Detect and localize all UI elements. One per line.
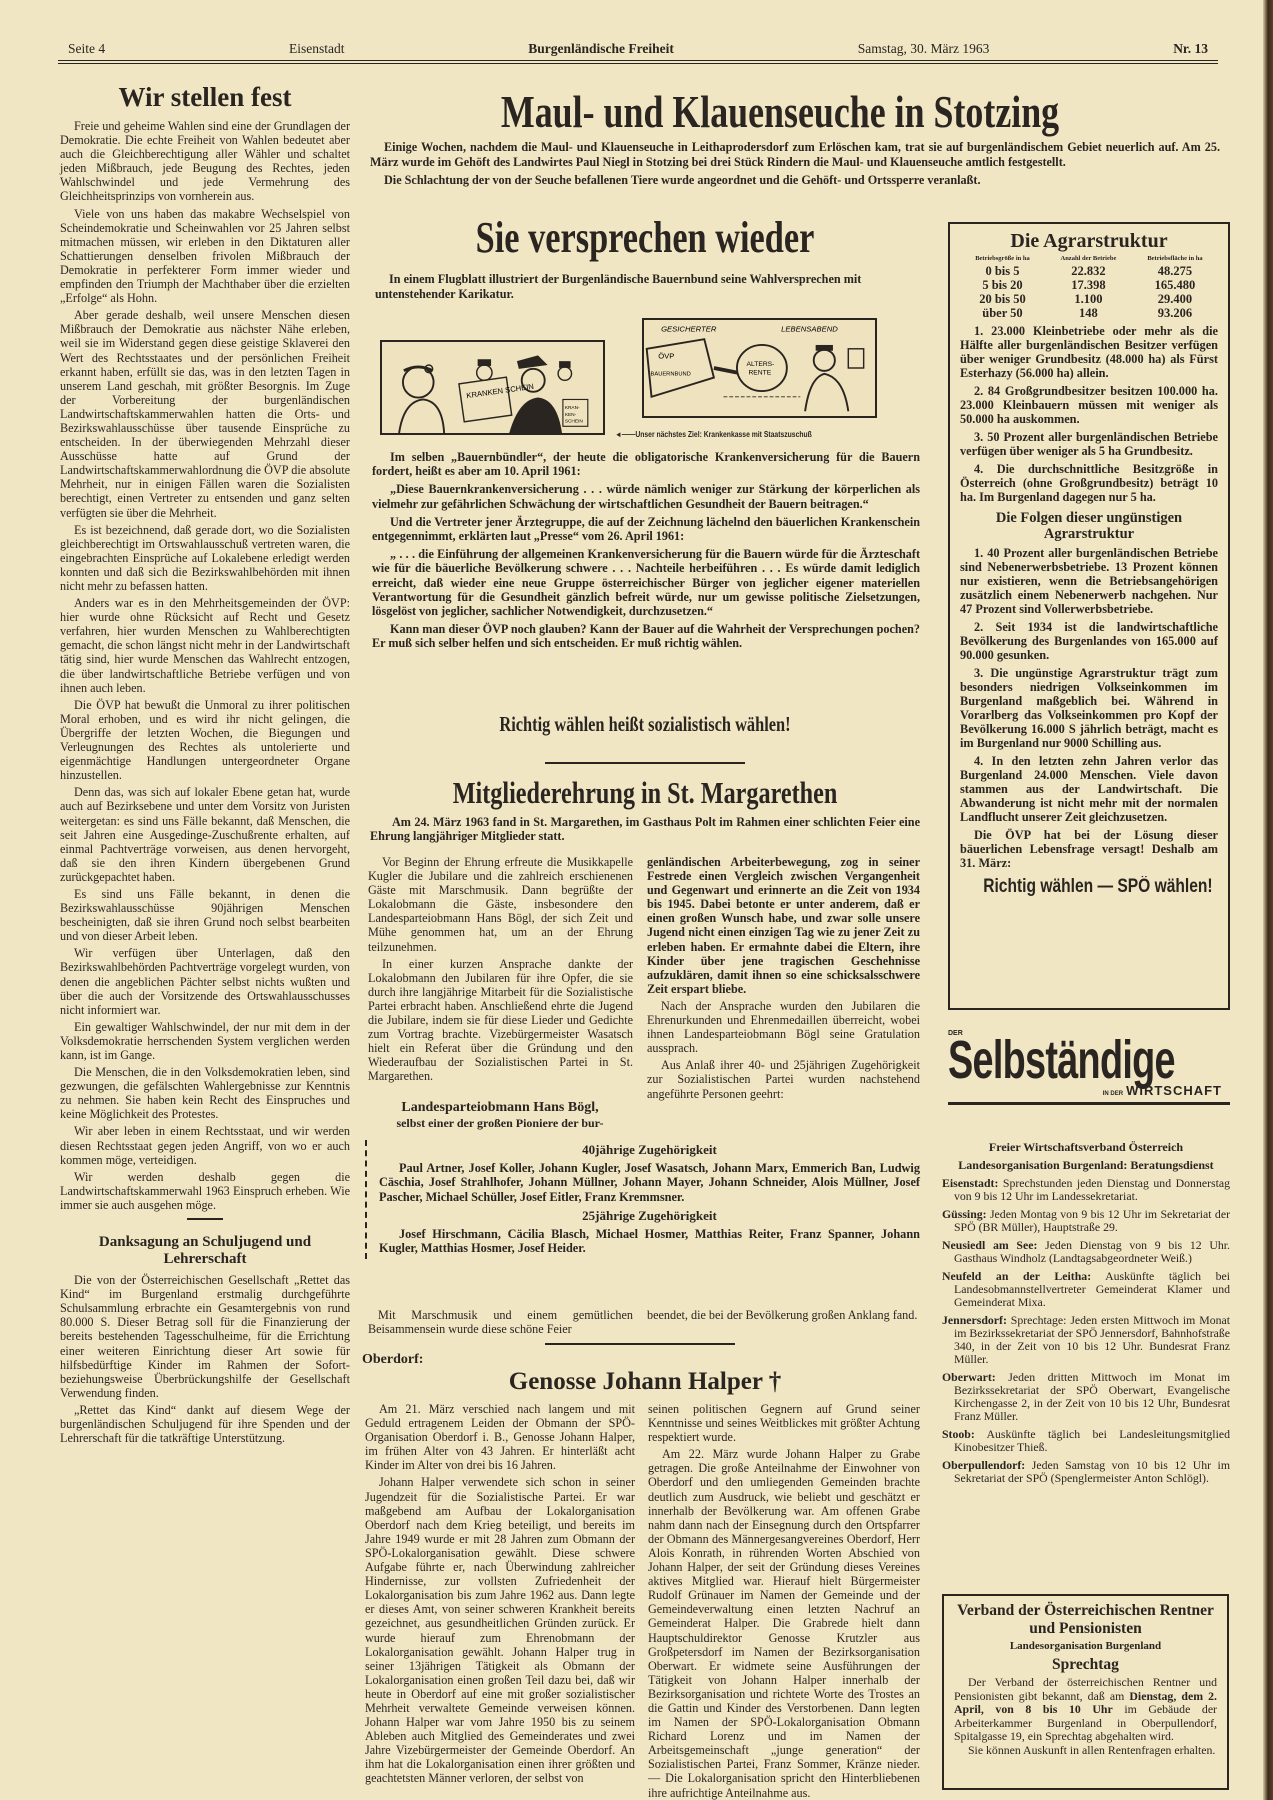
agrar-title: Die Agrarstruktur — [960, 230, 1218, 253]
paragraph: „ . . . die Einführung der allgemeinen K… — [372, 547, 920, 618]
rentner-heading: Sprechtag — [954, 1656, 1217, 1674]
paragraph: Johann Halper verwendete sich schon in s… — [365, 1475, 635, 1785]
list-item: Eisenstadt: Sprechstunden jeden Dienstag… — [942, 1177, 1230, 1203]
svg-text:KEN-: KEN- — [565, 412, 577, 418]
paragraph: Die ÖVP hat bewußt die Unmoral zu ihrer … — [60, 698, 350, 783]
svg-text:LEBENSABEND: LEBENSABEND — [781, 325, 838, 334]
article-title: Wir stellen fest — [60, 82, 350, 113]
table-row: 5 bis 20 17.398 165.480 — [960, 278, 1218, 292]
paragraph: Vor Beginn der Ehrung erfreute die Musik… — [368, 855, 633, 954]
cell: 48.275 — [1132, 264, 1218, 278]
paragraph: Wir werden deshalb gegen die Landwirtsch… — [60, 1170, 350, 1212]
caption-text: Unser nächstes Ziel: Krankenkasse mit St… — [635, 430, 811, 439]
point: 4. Die durchschnittliche Besitzgröße in … — [960, 462, 1218, 504]
arrow-left-icon: ◄—— — [615, 430, 635, 439]
paragraph: Kann man dieser ÖVP noch glauben? Kann d… — [372, 622, 920, 650]
paragraph: seinen politischen Gegnern auf Grund sei… — [648, 1402, 920, 1444]
cell: 1.100 — [1045, 292, 1132, 306]
paragraph: Wir aber leben in einem Rechtsstaat, und… — [60, 1124, 350, 1166]
list-item: Oberpullendorf: Jeden Samstag von 10 bis… — [942, 1459, 1230, 1485]
table-row: 0 bis 5 22.832 48.275 — [960, 264, 1218, 278]
cell: 29.400 — [1132, 292, 1218, 306]
agrarstruktur-box: Die Agrarstruktur Betriebsgröße in ha An… — [948, 222, 1230, 1010]
cell: 148 — [1045, 306, 1132, 320]
svg-text:ÖVP: ÖVP — [658, 351, 674, 360]
logo-in-der: IN DER — [1103, 1091, 1123, 1097]
rentner-sub: Landesorganisation Burgenland — [954, 1640, 1217, 1652]
folgen-points: 1. 40 Prozent aller burgenländischen Bet… — [960, 546, 1218, 870]
selbstaendige-logo: DER Selbständige IN DERWIRTSCHAFT — [948, 1030, 1230, 1105]
agrar-points: 1. 23.000 Kleinbetriebe oder mehr als di… — [960, 324, 1218, 504]
cartoon-doctor-farmers-icon: KRANKEN SCHEIN KRAN- KEN- SCHEIN — [382, 342, 603, 433]
service-name: Landesorganisation Burgenland: Beratungs… — [942, 1158, 1230, 1172]
honour-25-list: Josef Hirschmann, Cäcilia Blasch, Michae… — [379, 1227, 920, 1256]
mitglieder-col1: Vor Beginn der Ehrung erfreute die Musik… — [368, 855, 633, 1087]
honours-box: 40jährige Zugehörigkeit Paul Artner, Jos… — [365, 1140, 920, 1259]
rentner-p2: Sie können Auskunft in allen Rentenfrage… — [954, 1744, 1217, 1758]
entry-text: Jeden Montag von 9 bis 12 Uhr im Sekreta… — [954, 1207, 1230, 1234]
halper-col2: seinen politischen Gegnern auf Grund sei… — [648, 1402, 920, 1800]
paper-name: Burgenländische Freiheit — [528, 41, 674, 57]
rentner-box: Verband der Österreichischen Rentner und… — [942, 1594, 1229, 1790]
article-wir-stellen-fest: Wir stellen fest Freie und geheime Wahle… — [60, 82, 350, 1448]
paragraph: „Rettet das Kind“ dankt auf diesem Wege … — [60, 1403, 350, 1445]
paragraph: Aus Anlaß ihrer 40- und 25jährigen Zugeh… — [647, 1058, 920, 1100]
rentner-p1: Der Verband der österreichischen Rentner… — [954, 1676, 1217, 1744]
mitglieder-lead: Am 24. März 1963 fand in St. Margarethen… — [370, 815, 920, 843]
entry-place: Neufeld an der Leitha: — [942, 1269, 1091, 1283]
versprechen-body: Im selben „Bauernbündler“, der heute die… — [372, 450, 920, 655]
honour-25-title: 25jährige Zugehörigkeit — [379, 1208, 920, 1224]
table-row: über 50 148 93.206 — [960, 306, 1218, 320]
halper-kicker: Oberdorf: — [362, 1352, 423, 1368]
paragraph: Denn das, was sich auf lokaler Ebene get… — [60, 785, 350, 884]
paragraph: Die Schlachtung der von der Seuche befal… — [370, 173, 1220, 188]
paragraph: In einer kurzen Ansprache dankte der Lok… — [368, 957, 633, 1084]
list-item: Jennersdorf: Sprechtage: Jeden ersten Mi… — [942, 1314, 1230, 1366]
point: 2. Seit 1934 ist die landwirtschaftliche… — [960, 620, 1218, 662]
point: Die ÖVP hat bei der Lösung dieser bäuerl… — [960, 828, 1218, 870]
masthead: Seite 4 Eisenstadt Burgenländische Freih… — [58, 38, 1218, 64]
entry-place: Jennersdorf: — [942, 1313, 1007, 1327]
point: 4. In den letzten zehn Jahren verlor das… — [960, 754, 1218, 824]
closing-left: Mit Marschmusik und einem gemütlichen Be… — [368, 1308, 633, 1336]
paragraph: Am 22. März wurde Johann Halper zu Grabe… — [648, 1447, 920, 1799]
cell: 20 bis 50 — [960, 292, 1045, 306]
list-item: Neufeld an der Leitha: Auskünfte täglich… — [942, 1270, 1230, 1309]
list-item: Stoob: Auskünfte täglich bei Landesleitu… — [942, 1428, 1230, 1454]
rentner-title: Verband der Österreichischen Rentner und… — [954, 1602, 1217, 1638]
folgen-title: Die Folgen dieser ungünstigen Agrarstruk… — [960, 510, 1218, 542]
paragraph: Im selben „Bauernbündler“, der heute die… — [372, 450, 920, 478]
danksagung-body: Die von der Österreichischen Gesellschaf… — [60, 1273, 350, 1445]
entry-place: Neusiedl am See: — [942, 1238, 1037, 1252]
agrar-table: Betriebsgröße in ha Anzahl der Betriebe … — [960, 255, 1218, 320]
list-item: Oberwart: Jeden dritten Mittwoch im Mona… — [942, 1371, 1230, 1423]
entry-text: Auskünfte täglich bei Landesleitungsmitg… — [954, 1427, 1230, 1454]
paragraph: Es ist bezeichnend, daß gerade dort, wo … — [60, 523, 350, 593]
logo-word: Selbständige — [948, 1037, 1145, 1083]
cartoon-krankenschein: KRANKEN SCHEIN KRAN- KEN- SCHEIN — [380, 340, 605, 435]
list-item: Neusiedl am See: Jeden Dienstag von 9 bi… — [942, 1239, 1230, 1265]
point: 1. 23.000 Kleinbetriebe oder mehr als di… — [960, 324, 1218, 380]
paragraph: Es sind uns Fälle bekannt, in denen die … — [60, 887, 350, 943]
cell: über 50 — [960, 306, 1045, 320]
paragraph: Freie und geheime Wahlen sind eine der G… — [60, 119, 350, 204]
divider — [187, 1218, 223, 1220]
honour-40-list: Paul Artner, Josef Koller, Johann Kugler… — [379, 1161, 920, 1204]
paragraph: Die von der Österreichischen Gesellschaf… — [60, 1273, 350, 1400]
svg-text:GESICHERTER: GESICHERTER — [661, 325, 717, 334]
list-item: Güssing: Jeden Montag von 9 bis 12 Uhr i… — [942, 1208, 1230, 1234]
entry-place: Oberpullendorf: — [942, 1458, 1025, 1472]
cell: 5 bis 20 — [960, 278, 1045, 292]
svg-text:ALTERS-: ALTERS- — [747, 361, 775, 368]
article-body: Freie und geheime Wahlen sind eine der G… — [60, 119, 350, 1212]
table-header: Betriebsfläche in ha — [1132, 255, 1218, 264]
mitglieder-headline: Mitgliederehrung in St. Margarethen — [431, 775, 860, 811]
paragraph: Und die Vertreter jener Ärztegruppe, die… — [372, 515, 920, 543]
paragraph: Einige Wochen, nachdem die Maul- und Kla… — [370, 140, 1220, 169]
point: 2. 84 Großgrundbesitzer besitzen 100.000… — [960, 384, 1218, 426]
halper-col1: Am 21. März verschied nach langem und mi… — [365, 1402, 635, 1789]
place: Eisenstadt — [289, 41, 345, 57]
paragraph: Aber gerade deshalb, weil unsere Mensche… — [60, 308, 350, 519]
maul-headline: Maul- und Klauenseuche in Stotzing — [460, 85, 1100, 138]
svg-text:SCHEIN: SCHEIN — [565, 418, 584, 424]
entry-place: Oberwart: — [942, 1370, 996, 1384]
divider — [948, 1102, 1230, 1105]
bogl-callout: Landesparteiobmann Hans Bögl, selbst ein… — [365, 1100, 635, 1131]
divider — [545, 762, 745, 764]
cell: 0 bis 5 — [960, 264, 1045, 278]
cell: 22.832 — [1045, 264, 1132, 278]
paragraph: Die Menschen, die in den Volksdemokratie… — [60, 1065, 350, 1121]
org-name: Freier Wirtschaftsverband Österreich — [942, 1140, 1230, 1154]
issue-date: Samstag, 30. März 1963 — [858, 41, 990, 57]
paragraph: genländischen Arbeiterbewegung, zog in s… — [647, 855, 920, 996]
honour-40-title: 40jährige Zugehörigkeit — [379, 1142, 920, 1158]
paragraph: Am 21. März verschied nach langem und mi… — [365, 1402, 635, 1472]
bogl-name: Landesparteiobmann Hans Bögl, — [365, 1100, 635, 1116]
page-binding-edge — [1263, 0, 1273, 1800]
versprechen-intro: In einem Flugblatt illustriert der Burge… — [375, 272, 915, 301]
page-number: Seite 4 — [68, 41, 105, 57]
mitglieder-col2: genländischen Arbeiterbewegung, zog in s… — [647, 855, 920, 1104]
entry-text: Jeden dritten Mittwoch im Monat im Bezir… — [954, 1370, 1230, 1423]
cartoon-lebensabend: GESICHERTER LEBENSABEND ÖVP BAUERNBUND A… — [642, 318, 877, 418]
danksagung-title: Danksagung an Schuljugend und Lehrerscha… — [60, 1234, 350, 1268]
halper-headline: Genosse Johann Halper † — [370, 1368, 920, 1396]
paragraph: Anders war es in den Mehrheitsgemeinden … — [60, 596, 350, 695]
versprechen-headline: Sie versprechen wieder — [431, 212, 860, 263]
slogan-spo: Richtig wählen — SPÖ wählen! — [983, 876, 1195, 898]
point: 3. Die ungünstige Agrarstruktur trägt zu… — [960, 666, 1218, 750]
paragraph: Viele von uns haben das makabre Wechsels… — [60, 207, 350, 306]
paragraph: Nach der Ansprache wurden den Jubilaren … — [647, 999, 920, 1055]
cartoon-caption: ◄——Unser nächstes Ziel: Krankenkasse mit… — [615, 430, 812, 439]
paragraph: Wir verfügen über Unterlagen, daß den Be… — [60, 946, 350, 1016]
entry-place: Stoob: — [942, 1427, 975, 1441]
bogl-sub: selbst einer der großen Pioniere der bur… — [365, 1116, 635, 1131]
cell: 165.480 — [1132, 278, 1218, 292]
maul-body: Einige Wochen, nachdem die Maul- und Kla… — [370, 140, 1220, 192]
entry-place: Eisenstadt: — [942, 1176, 998, 1190]
table-header: Anzahl der Betriebe — [1045, 255, 1132, 264]
table-header: Betriebsgröße in ha — [960, 255, 1045, 264]
svg-text:BAUERNBUND: BAUERNBUND — [651, 372, 691, 378]
entry-place: Güssing: — [942, 1207, 987, 1221]
point: 1. 40 Prozent aller burgenländischen Bet… — [960, 546, 1218, 616]
cell: 93.206 — [1132, 306, 1218, 320]
slogan-sozialistisch: Richtig wählen heißt sozialistisch wähle… — [431, 712, 860, 737]
beratungsdienst: Freier Wirtschaftsverband Österreich Lan… — [942, 1140, 1230, 1485]
paragraph: Ein gewaltiger Wahlschwindel, der nur mi… — [60, 1020, 350, 1062]
table-row: 20 bis 50 1.100 29.400 — [960, 292, 1218, 306]
svg-text:RENTE: RENTE — [748, 370, 771, 377]
paragraph: „Diese Bauernkrankenversicherung . . . w… — [372, 482, 920, 510]
svg-text:KRAN-: KRAN- — [565, 405, 580, 411]
cell: 17.398 — [1045, 278, 1132, 292]
cartoon-pension-promise-icon: GESICHERTER LEBENSABEND ÖVP BAUERNBUND A… — [644, 320, 875, 416]
issue-number: Nr. 13 — [1173, 41, 1208, 57]
divider — [545, 1343, 735, 1345]
point: 3. 50 Prozent aller burgenländischen Bet… — [960, 430, 1218, 458]
closing-right: beendet, die bei der Bevölkerung großen … — [647, 1308, 920, 1322]
